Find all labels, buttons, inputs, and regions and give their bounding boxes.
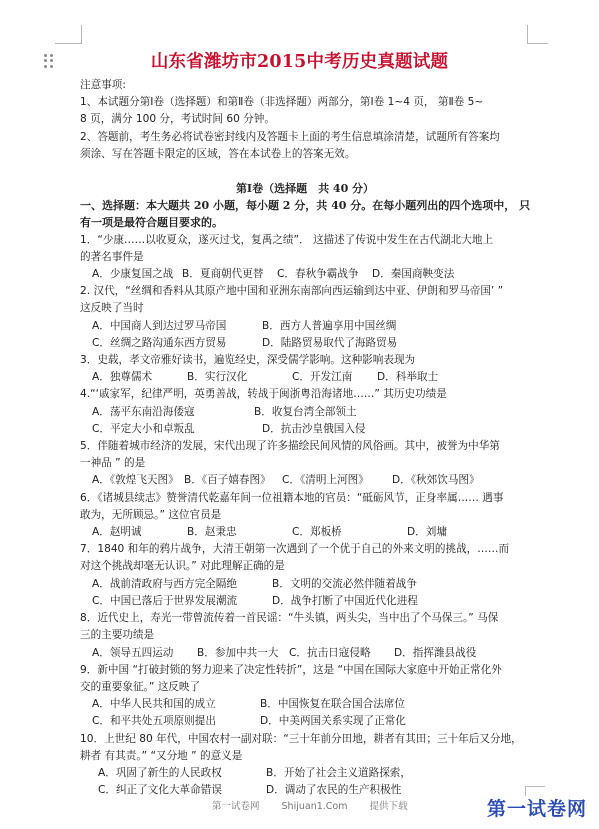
document-title: 山东省潍坊市2015中考历史真题试题 [0,48,599,73]
option-a: A．战前清政府与西方完全隔绝 [92,576,272,593]
option-c: C．中国已落后于世界发展潮流 [92,593,272,610]
option-b: B．参加中共一大 [197,645,289,662]
option-c: C．丝绸之路沟通东西方贸易 [92,335,262,352]
question-4: 4.“‘戚家军，纪律严明，英勇善战，转战于闽浙粤沿海诸地……” 其历史功绩是 A… [80,386,530,438]
option-b: B．中国恢复在联合国合法席位 [260,696,405,713]
option-a: A．《敦煌飞天图》 [92,472,184,489]
option-d: D．调动了农民的生产积极性 [266,782,401,799]
section-title: 第Ⅰ卷（选择题 共 40 分） [80,180,530,197]
question-stem: 三的主要功绩是 [80,627,530,644]
option-b: B．开始了社会主义道路探索， [266,765,411,782]
section-instructions: 有一项是最符合题目要求的。 [80,214,530,231]
question-stem: 2. 汉代，“丝绸和香料从其原产地中国和亚洲东南部向西运输到达中亚、伊朗和罗马帝… [80,283,530,300]
option-a: A．领导五四运动 [92,645,197,662]
option-row: C．平定大小和卓叛乱D．抗击沙皇俄国入侵 [80,421,530,438]
question-stem: 9．新中国 “打破封锁的努力迎来了决定性转折”，这是 “中国在国际大家庭中开始正… [80,662,530,679]
option-row: A．中国商人到达过罗马帝国B．西方人普遍享用中国丝绸 [80,318,530,335]
option-row: A．领导五四运动B．参加中共一大C．抗击日寇侵略D．指挥潍县战役 [80,645,530,662]
option-d: D．中美两国关系实现了正常化 [260,713,406,730]
option-d: D．科举取士 [377,369,438,386]
question-5: 5．伴随着城市经济的发展，宋代出现了许多描绘民间风情的风俗画。其中，被誉为中华第… [80,438,530,490]
question-stem: 耕者 有其责。” “又分地 ” 的意义是 [80,748,530,765]
question-stem: 的著名事件是 [80,249,530,266]
document-body: 注意事项: 1、本试题分第Ⅰ卷（选择题）和第Ⅱ卷（非选择题）两部分，第Ⅰ卷 1~… [80,77,530,799]
option-d: D．《秋郊饮马图》 [392,472,480,489]
option-row: A．荡平东南沿海倭寇B．收复台湾全部领土 [80,404,530,421]
option-d: D．战争打断了中国近代化进程 [272,593,418,610]
option-d: D．陆路贸易取代了海路贸易 [262,335,397,352]
option-row: A．《敦煌飞天图》B．《百子嬉春图》C．《清明上河图》D．《秋郊饮马图》 [80,472,530,489]
option-d: D．抗击沙皇俄国入侵 [262,421,366,438]
option-a: A．中国商人到达过罗马帝国 [92,318,262,335]
option-row: A．独尊儒术B．实行汉化C．开发江南D．科举取士 [80,369,530,386]
watermark-logo: 第一试卷网 [487,794,587,821]
option-c: C．平定大小和卓叛乱 [92,421,262,438]
option-row: C．纠正了文化大革命错误D．调动了农民的生产积极性 [80,782,530,799]
question-10: 10．上世纪 80 年代，中国农村一副对联：“三十年前分田地，耕者有其田；三十年… [80,731,530,800]
option-a: A．中华人民共和国的成立 [92,696,260,713]
notice-line: 2、答题前，考生务必将试卷密封线内及答题卡上面的考生信息填涂清楚，试题所有答案均 [80,129,530,146]
footer-download-text: 提供下载 [369,801,407,812]
option-c: C．纠正了文化大革命错误 [98,782,266,799]
option-b: B．夏商朝代更替 [182,266,277,283]
option-b: B．《百子嬉春图》 [184,472,282,489]
option-b: B．文明的交流必然伴随着战争 [272,576,417,593]
option-row: C．和平共处五项原则提出D．中美两国关系实现了正常化 [80,713,530,730]
question-3: 3．史载，孝文帝雅好读书，遍览经史，深受儒学影响。这种影响表现为 A．独尊儒术B… [80,352,530,386]
footer-site-domain: Shijuan1.Com [282,801,348,812]
option-a: A．少康复国之战 [92,266,182,283]
question-6: 6．《诸城县续志》赞誉清代乾嘉年间一位祖籍本地的官员：“砥砺风节，正身率属…… … [80,490,530,542]
option-row: C．丝绸之路沟通东西方贸易D．陆路贸易取代了海路贸易 [80,335,530,352]
option-c: C．抗击日寇侵略 [289,645,394,662]
option-a: A．赵明诚 [92,524,187,541]
option-c: C．和平共处五项原则提出 [92,713,260,730]
question-stem: 5．伴随着城市经济的发展，宋代出现了许多描绘民间风情的风俗画。其中，被誉为中华第 [80,438,530,455]
question-stem: 3．史载，孝文帝雅好读书，遍览经史，深受儒学影响。这种影响表现为 [80,352,530,369]
question-stem: 4.“‘戚家军，纪律严明，英勇善战，转战于闽浙粤沿海诸地……” 其历史功绩是 [80,386,530,403]
option-d: D．刘墉 [407,524,447,541]
option-row: A．少康复国之战B．夏商朝代更替C．春秋争霸战争D．秦国商鞅变法 [80,266,530,283]
section-instructions: 一、选择题：本大题共 20 小题，每小题 2 分，共 40 分。在每小题列出的四… [80,197,530,214]
question-stem: 对这个挑战却毫无认识。” 对此理解正确的是 [80,558,530,575]
option-a: A．巩固了新生的人民政权 [98,765,266,782]
option-row: A．赵明诚B．赵秉忠C．郑板桥D．刘墉 [80,524,530,541]
option-row: A．中华人民共和国的成立B．中国恢复在联合国合法席位 [80,696,530,713]
question-2: 2. 汉代，“丝绸和香料从其原产地中国和亚洲东南部向西运输到达中亚、伊朗和罗马帝… [80,283,530,352]
notice-line: 8 页，满分 100 分，考试时间 60 分钟。 [80,111,530,128]
option-c: C．春秋争霸战争 [277,266,372,283]
question-8: 8．近代史上，寿光一带曾流传着一首民谣：“牛头镇，两头尖，当中出了个马保三。” … [80,610,530,662]
option-c: C．郑板桥 [292,524,407,541]
page-footer: 第一试卷网Shijuan1.Com提供下载 [212,798,430,812]
option-d: D．指挥潍县战役 [394,645,476,662]
option-row: A．战前清政府与西方完全隔绝B．文明的交流必然伴随着战争 [80,576,530,593]
option-row: C．中国已落后于世界发展潮流D．战争打断了中国近代化进程 [80,593,530,610]
option-b: B．西方人普遍享用中国丝绸 [262,318,396,335]
question-stem: 1．“少康……以收夏众，遂灭过戈，复禹之绩”． 这描述了传说中发生在古代湖北大地… [80,232,530,249]
option-d: D．秦国商鞅变法 [372,266,454,283]
footer-site-name: 第一试卷网 [212,801,260,812]
option-c: C．《清明上河图》 [282,472,392,489]
question-stem: 交的重要象征。” 这反映了 [80,679,530,696]
question-9: 9．新中国 “打破封锁的努力迎来了决定性转折”，这是 “中国在国际大家庭中开始正… [80,662,530,731]
question-stem: 10．上世纪 80 年代，中国农村一副对联：“三十年前分田地，耕者有其田；三十年… [80,731,530,748]
notice-line: 1、本试题分第Ⅰ卷（选择题）和第Ⅱ卷（非选择题）两部分，第Ⅰ卷 1~4 页， 第… [80,94,530,111]
option-a: A．荡平东南沿海倭寇 [92,404,254,421]
option-b: B．实行汉化 [187,369,292,386]
notice-heading: 注意事项: [80,77,530,94]
question-1: 1．“少康……以收夏众，遂灭过戈，复禹之绩”． 这描述了传说中发生在古代湖北大地… [80,232,530,284]
question-stem: 6．《诸城县续志》赞誉清代乾嘉年间一位祖籍本地的官员：“砥砺风节，正身率属…… … [80,490,530,507]
option-b: B．赵秉忠 [187,524,292,541]
option-b: B．收复台湾全部领土 [254,404,357,421]
question-7: 7．1840 和年的鸦片战争，大清王朝第一次遇到了一个优于自己的外来文明的挑战，… [80,541,530,610]
option-a: A．独尊儒术 [92,369,187,386]
option-row: A．巩固了新生的人民政权B．开始了社会主义道路探索， [80,765,530,782]
question-stem: 一神品 ” 的是 [80,455,530,472]
question-stem: 7．1840 和年的鸦片战争，大清王朝第一次遇到了一个优于自己的外来文明的挑战，… [80,541,530,558]
question-stem: 这反映了当时 [80,300,530,317]
notice-line: 须涂、写在答题卡限定的区域，答在本试卷上的答案无效。 [80,146,530,163]
question-stem: 8．近代史上，寿光一带曾流传着一首民谣：“牛头镇，两头尖，当中出了个马保三。” … [80,610,530,627]
option-c: C．开发江南 [292,369,377,386]
question-stem: 敢为，无所顾忌。” 这位官员是 [80,507,530,524]
